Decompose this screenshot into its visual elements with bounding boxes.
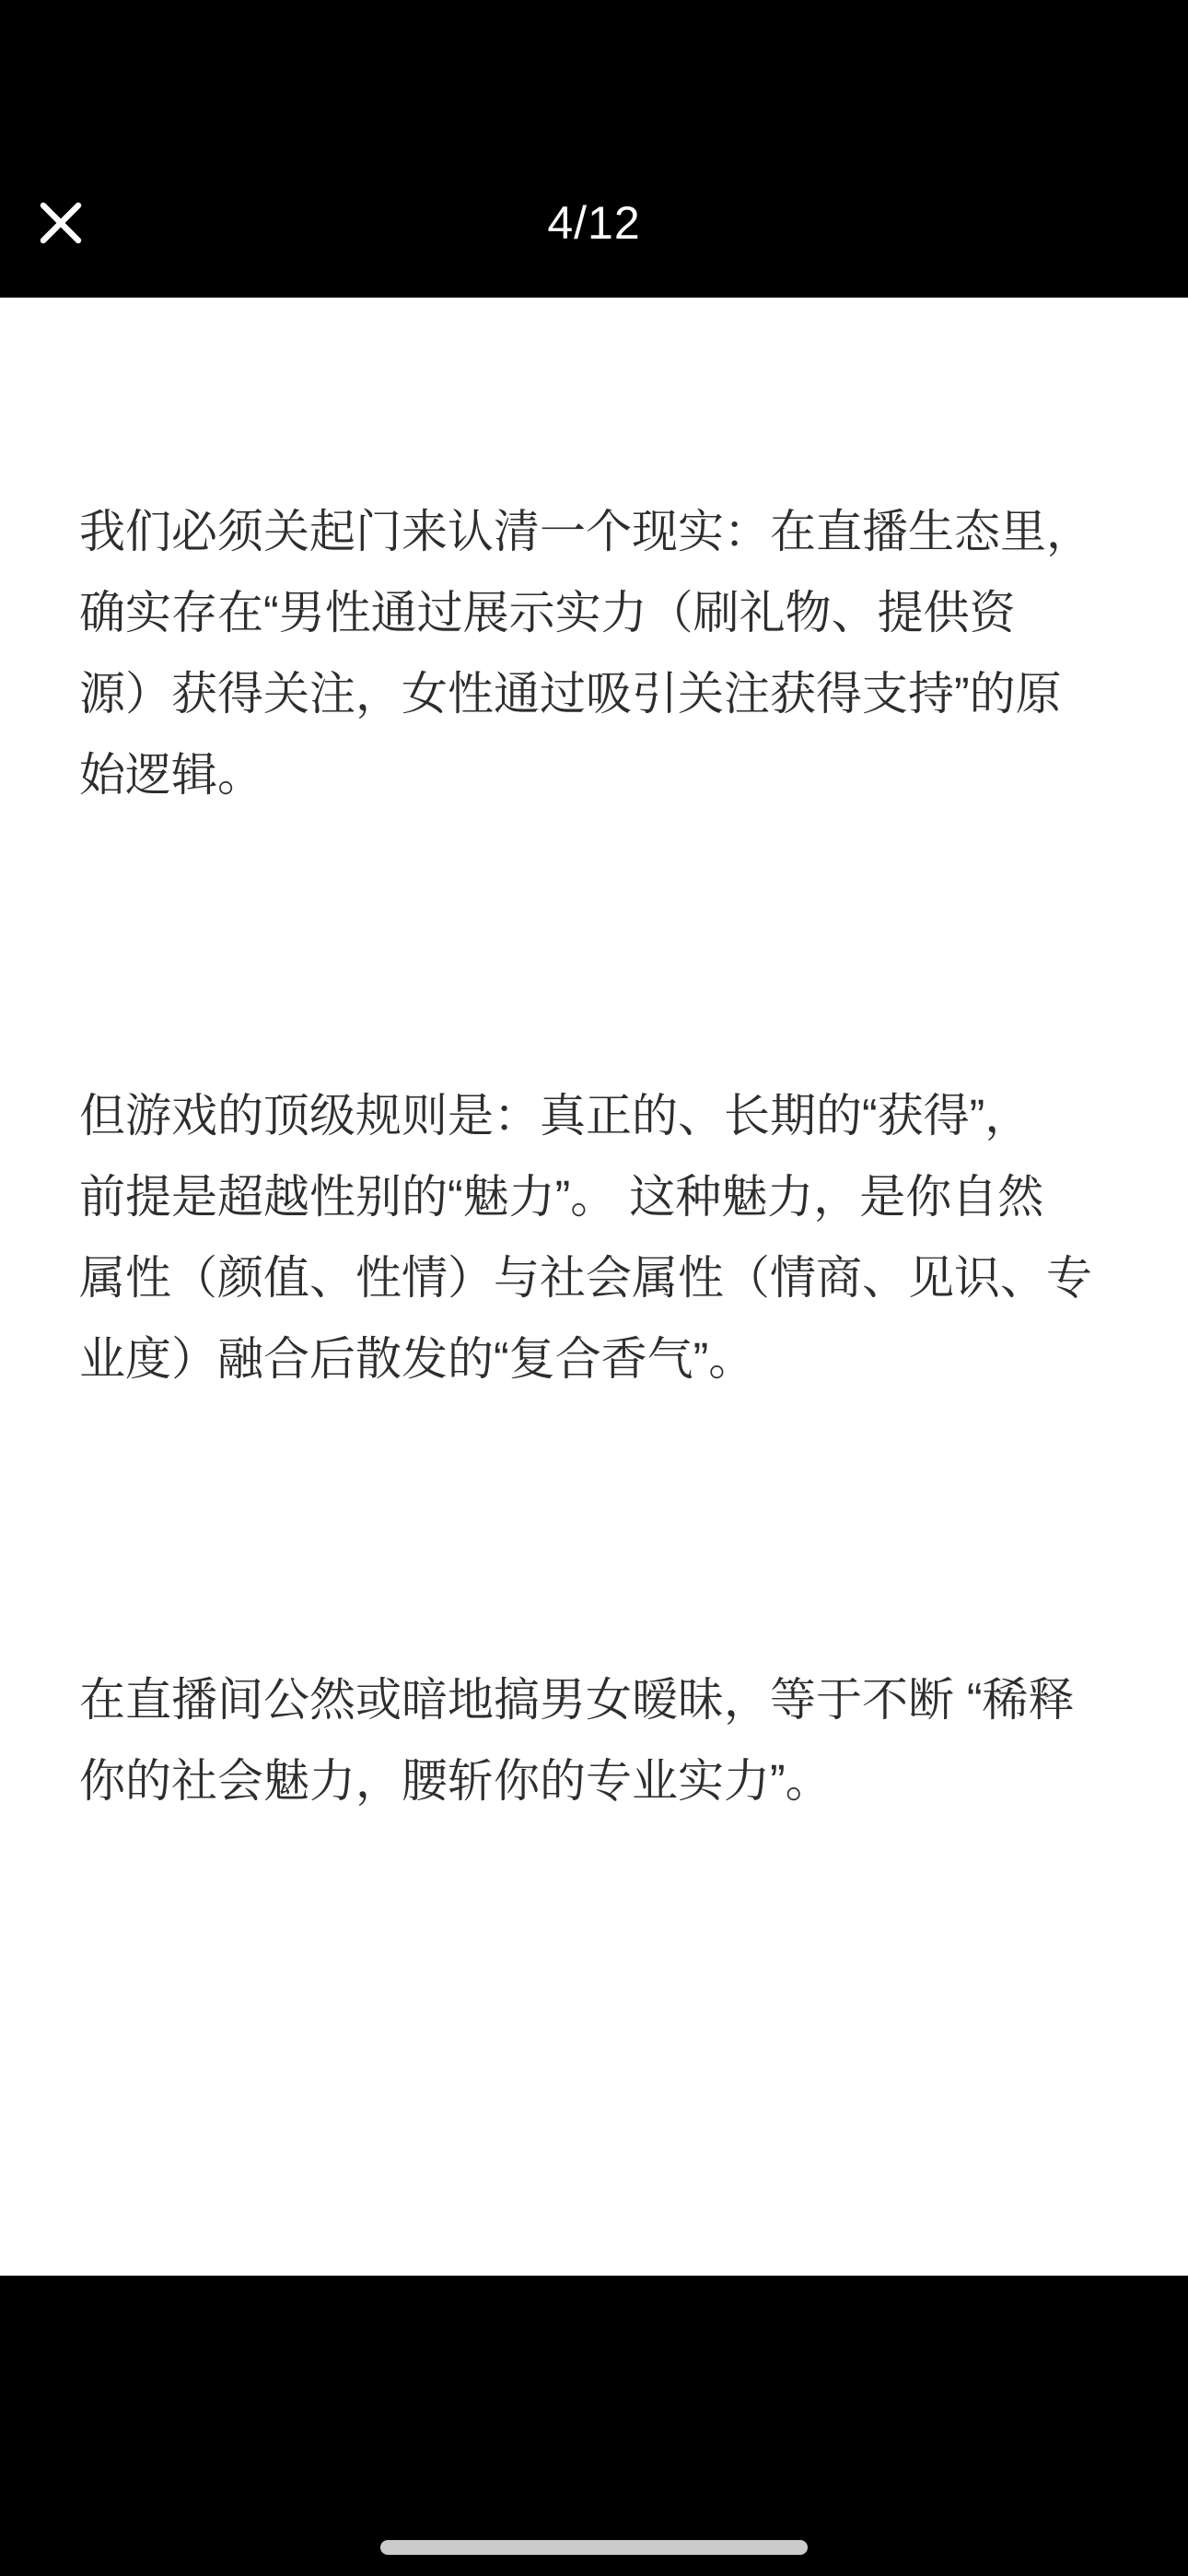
reader-screen: 4/12 我们必须关起门来认清一个现实：在直播生态里， 确实存在“男性通过展示实… [0, 0, 1188, 2576]
page-content: 我们必须关起门来认清一个现实：在直播生态里， 确实存在“男性通过展示实力（刷礼物… [0, 298, 1188, 2276]
header-bar: 4/12 [0, 0, 1188, 298]
paragraph-1: 我们必须关起门来认清一个现实：在直播生态里， 确实存在“男性通过展示实力（刷礼物… [79, 491, 1109, 815]
home-indicator[interactable] [380, 2540, 808, 2555]
bottom-bar [0, 2276, 1188, 2576]
paragraph-2: 但游戏的顶级规则是：真正的、长期的“获得”， 前提是超越性别的“魅力”。 这种魅… [79, 1075, 1109, 1399]
page-indicator: 4/12 [0, 197, 1188, 249]
paragraph-3: 在直播间公然或暗地搞男女暧昧，等于不断 “稀释 你的社会魅力，腰斩你的专业实力”… [79, 1659, 1109, 1821]
